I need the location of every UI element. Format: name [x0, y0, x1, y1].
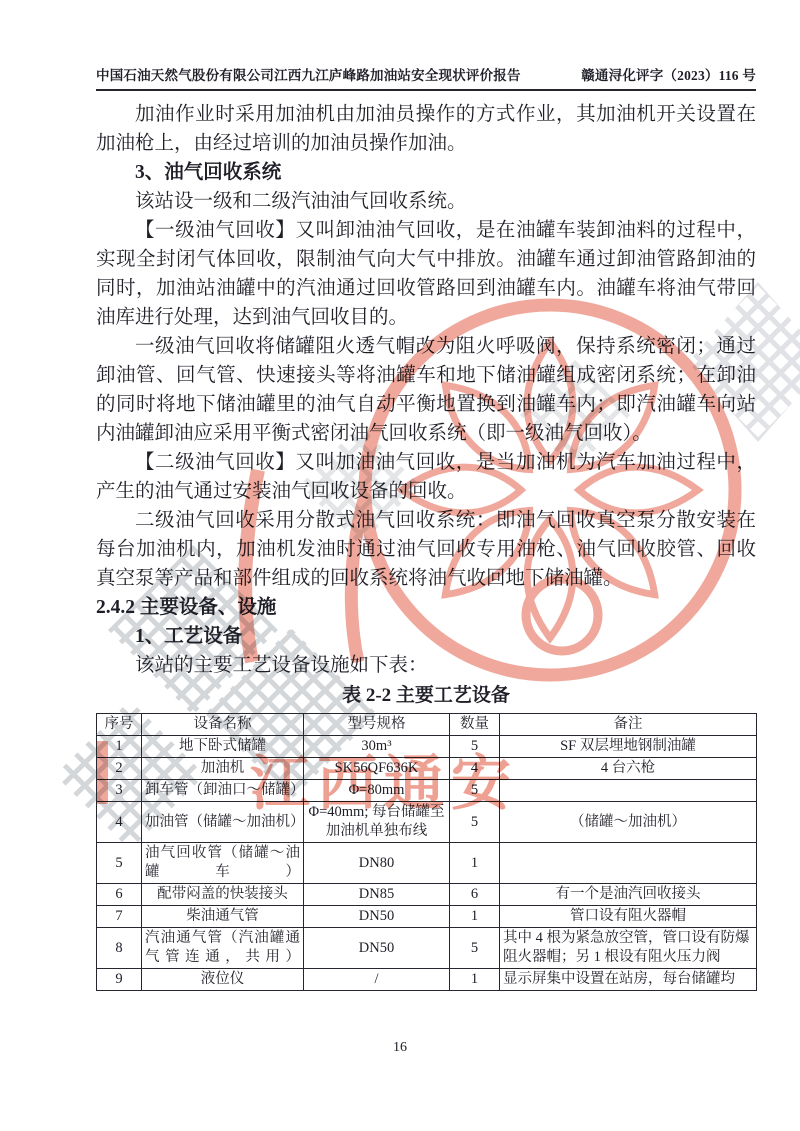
table-cell: 显示屏集中设置在站房，每台储罐均: [500, 969, 757, 991]
table-cell: [500, 780, 757, 802]
table-row: 7柴油通气管DN501管口设有阻火器帽: [97, 906, 757, 928]
table-cell: SF 双层埋地钢制油罐: [500, 736, 757, 758]
page-header: 中国石油天然气股份有限公司江西九江庐峰路加油站安全现状评价报告 赣通浔化评字（2…: [96, 64, 756, 91]
table-cell: 7: [97, 906, 142, 928]
table-cell: 4: [97, 802, 142, 843]
table-cell: /: [304, 969, 450, 991]
sub-heading: 3、油气回收系统: [96, 158, 756, 187]
table-row: 9液位仪/1显示屏集中设置在站房，每台储罐均: [97, 969, 757, 991]
table-cell: [500, 843, 757, 884]
header-document-number: 赣通浔化评字（2023）116 号: [581, 64, 756, 84]
column-header: 数量: [450, 714, 500, 736]
table-cell: 4 台六枪: [500, 758, 757, 780]
table-row: 8汽油通气管（汽油罐通气管连通，共用）DN505其中 4 根为紧急放空管，管口设…: [97, 928, 757, 969]
table-cell: 6: [97, 884, 142, 906]
red-stamp-logo: [140, 280, 780, 710]
table-cell: 8: [97, 928, 142, 969]
table-cell: 6: [450, 884, 500, 906]
equipment-table-head: 序号设备名称型号规格数量备注: [97, 714, 757, 736]
table-cell: （储罐～加油机）: [500, 802, 757, 843]
table-header-row: 序号设备名称型号规格数量备注: [97, 714, 757, 736]
column-header: 备注: [500, 714, 757, 736]
table-cell: DN80: [304, 843, 450, 884]
page-number: 16: [393, 1040, 407, 1055]
table-cell: 1: [450, 969, 500, 991]
table-cell: 柴油通气管: [142, 906, 304, 928]
column-header: 设备名称: [142, 714, 304, 736]
paragraph: 该站设一级和二级汽油油气回收系统。: [96, 187, 756, 216]
table-cell: 液位仪: [142, 969, 304, 991]
page-footer: 16: [0, 1040, 800, 1056]
table-cell: DN50: [304, 928, 450, 969]
table-row: 5油气回收管（储罐～油罐车）DN801: [97, 843, 757, 884]
table-cell: 1: [450, 843, 500, 884]
header-report-title: 中国石油天然气股份有限公司江西九江庐峰路加油站安全现状评价报告: [96, 64, 521, 84]
table-cell: DN85: [304, 884, 450, 906]
table-cell: 1: [450, 906, 500, 928]
document-page: 中国石油天然气股份有限公司江西九江庐峰路加油站安全现状评价报告 赣通浔化评字（2…: [0, 0, 800, 1131]
table-cell: 5: [450, 928, 500, 969]
table-cell: 管口设有阻火器帽: [500, 906, 757, 928]
table-cell: 9: [97, 969, 142, 991]
table-cell: 油气回收管（储罐～油罐车）: [142, 843, 304, 884]
table-cell: 其中 4 根为紧急放空管，管口设有防爆阻火器帽；另 1 根设有阻火压力阀: [500, 928, 757, 969]
column-header: 序号: [97, 714, 142, 736]
column-header: 型号规格: [304, 714, 450, 736]
table-cell: DN50: [304, 906, 450, 928]
table-row: 6配带闷盖的快装接头DN856有一个是油汽回收接头: [97, 884, 757, 906]
stamp-petal: [527, 342, 573, 461]
paragraph: 加油作业时采用加油机由加油员操作的方式作业，其加油机开关设置在加油枪上，由经过培…: [96, 100, 756, 158]
seal-text-watermark: 江西通安: [250, 736, 518, 822]
table-cell: 汽油通气管（汽油罐通气管连通，共用）: [142, 928, 304, 969]
table-cell: 有一个是油汽回收接头: [500, 884, 757, 906]
table-cell: 配带闷盖的快装接头: [142, 884, 304, 906]
table-cell: 5: [97, 843, 142, 884]
seal-stroke-fragment: [97, 741, 108, 804]
